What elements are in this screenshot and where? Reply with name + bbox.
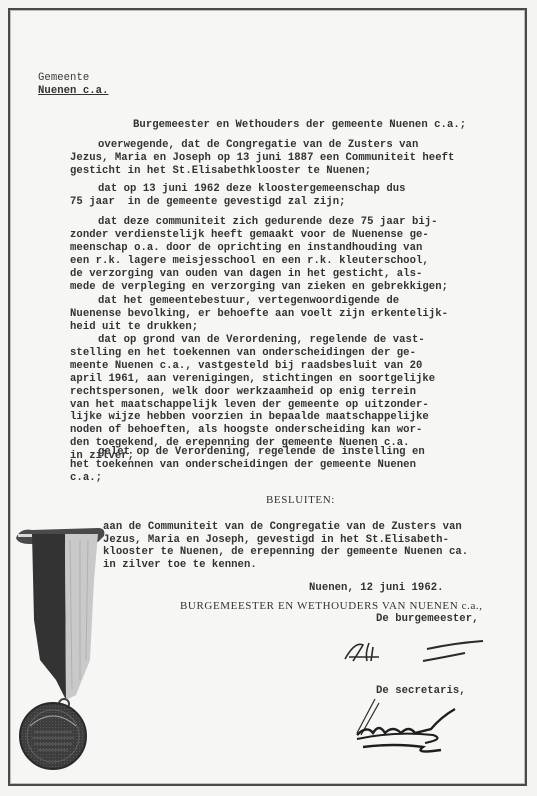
letterhead-place: Nuenen c.a. bbox=[38, 85, 108, 98]
place-date: Nuenen, 12 juni 1962. bbox=[309, 582, 444, 595]
consideration-line: het toekennen van onderscheidingen der g… bbox=[70, 459, 416, 472]
consideration-line: c.a.; bbox=[70, 472, 102, 485]
medal-icon bbox=[10, 520, 120, 770]
consideration-line: gesticht in het St.Elisabethklooster te … bbox=[70, 165, 371, 178]
consideration-line: Nuenense bevolking, er behoefte aan voel… bbox=[70, 308, 448, 321]
consideration-line: lijke wijze hebben voorzien in bepaalde … bbox=[70, 411, 429, 424]
decision-heading: BESLUITEN: bbox=[266, 494, 335, 507]
consideration-line: de verzorging van ouden van dagen in het… bbox=[70, 268, 422, 281]
consideration-line: dat op grond van de Verordening, regelen… bbox=[98, 334, 425, 347]
addressee-line: Burgemeester en Wethouders der gemeente … bbox=[133, 119, 466, 132]
consideration-line: 75 jaar in de gemeente gevestigd zal zij… bbox=[70, 196, 346, 209]
consideration-line: Jezus, Maria en Joseph op 13 juni 1887 e… bbox=[70, 152, 454, 165]
letterhead-municipality: Gemeente bbox=[38, 72, 89, 85]
consideration-line: heid uit te drukken; bbox=[70, 321, 198, 334]
consideration-line: stelling en het toekennen van onderschei… bbox=[70, 347, 416, 360]
consideration-line: dat het gemeentebestuur, vertegenwoordig… bbox=[98, 295, 399, 308]
decision-line: Jezus, Maria en Joseph, gevestigd in het… bbox=[103, 534, 449, 547]
mayor-signature-icon bbox=[335, 635, 485, 670]
consideration-line: noden of behoeften, als hoogste ondersch… bbox=[70, 424, 422, 437]
consideration-line: zonder verdienstelijk heeft gemaakt voor… bbox=[70, 229, 429, 242]
mayor-label: De burgemeester, bbox=[376, 613, 479, 626]
consideration-line: april 1961, aan verenigingen, stichtinge… bbox=[70, 373, 435, 386]
decision-line: in zilver toe te kennen. bbox=[103, 559, 257, 572]
consideration-line: overwegende, dat de Congregatie van de Z… bbox=[98, 139, 418, 152]
consideration-line: een r.k. lagere meisjesschool en een r.k… bbox=[70, 255, 429, 268]
consideration-line: van het maatschappelijk leven der gemeen… bbox=[70, 399, 429, 412]
consideration-line: mede de verpleging en verzorging van zie… bbox=[70, 281, 448, 294]
consideration-line: meente Nuenen c.a., vastgesteld bij raad… bbox=[70, 360, 422, 373]
consideration-line: gelet op de Verordening, regelende de in… bbox=[98, 446, 425, 459]
consideration-line: rechtspersonen, welk door werkzaamheid o… bbox=[70, 386, 416, 399]
consideration-line: meenschap o.a. door de oprichting en ins… bbox=[70, 242, 422, 255]
decision-line: aan de Communiteit van de Congregatie va… bbox=[103, 521, 462, 534]
consideration-line: dat deze communiteit zich gedurende deze… bbox=[98, 216, 438, 229]
secretary-signature-icon bbox=[345, 695, 470, 760]
decision-line: klooster te Nuenen, de erepenning der ge… bbox=[103, 546, 468, 559]
signatory-body: BURGEMEESTER EN WETHOUDERS VAN NUENEN c.… bbox=[180, 600, 483, 613]
consideration-line: dat op 13 juni 1962 deze kloostergemeens… bbox=[98, 183, 406, 196]
